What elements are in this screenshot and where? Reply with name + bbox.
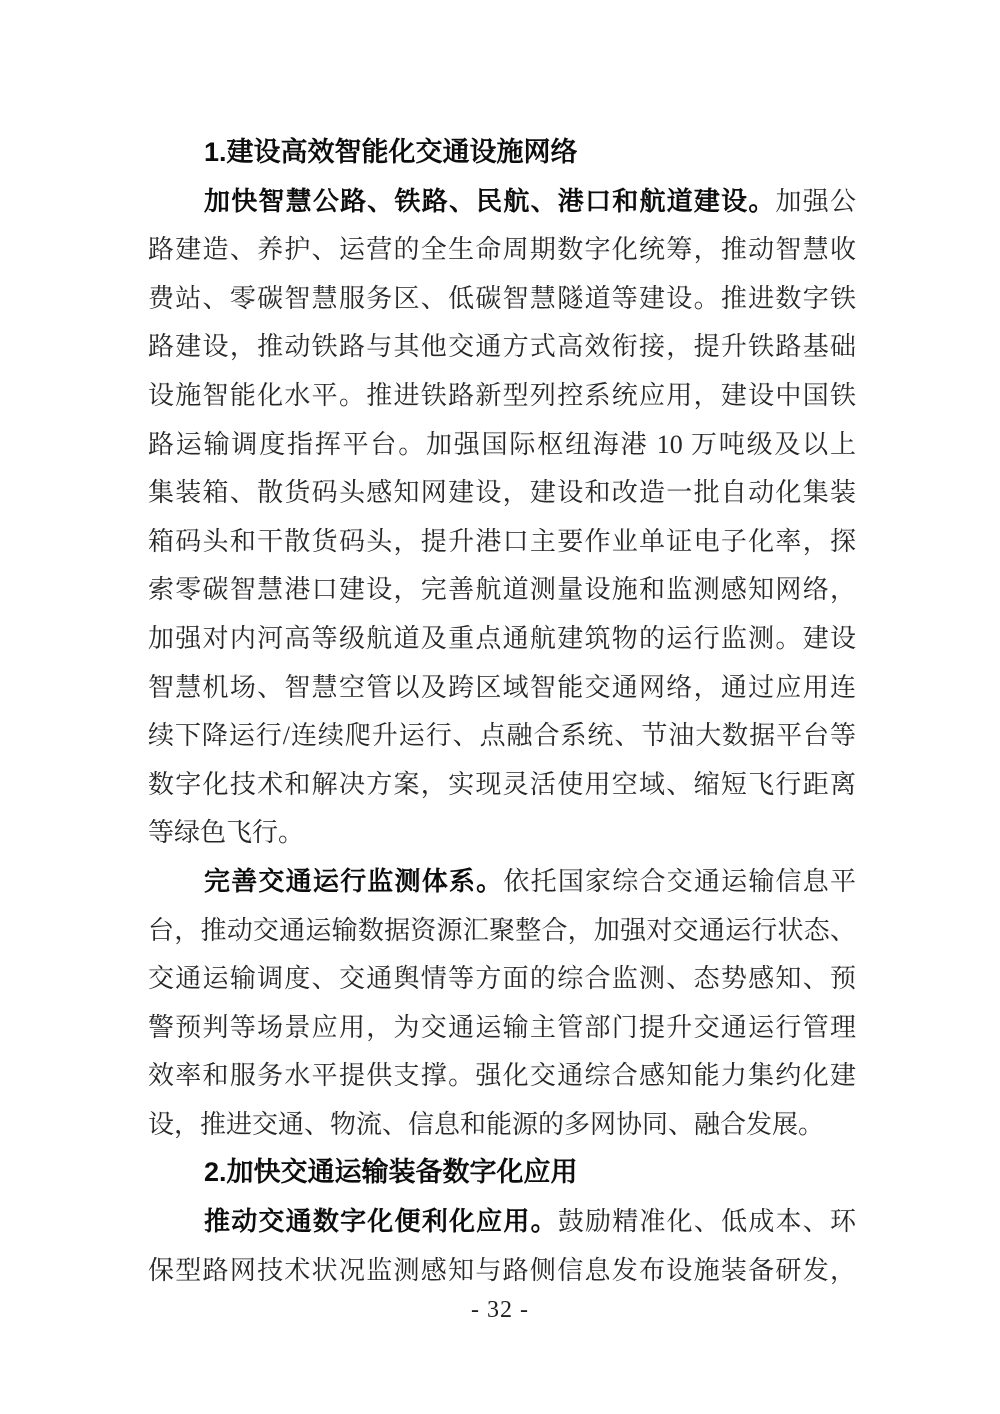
text-line: 智慧机场、智慧空管以及跨区域智能交通网络，通过应用连 xyxy=(148,663,856,712)
regular-run: 设，推进交通、物流、信息和能源的多网协同、融合发展。 xyxy=(148,1110,824,1139)
regular-run: 费站、零碳智慧服务区、低碳智慧隧道等建设。推进数字铁 xyxy=(148,284,856,313)
text-line: 设施智能化水平。推进铁路新型列控系统应用，建设中国铁 xyxy=(148,371,856,420)
text-line: 2.加快交通运输装备数字化应用 xyxy=(148,1148,856,1197)
text-line: 索零碳智慧港口建设，完善航道测量设施和监测感知网络， xyxy=(148,565,856,614)
regular-run: 路建设，推动铁路与其他交通方式高效衔接，提升铁路基础 xyxy=(148,332,856,361)
text-line: 1.建设高效智能化交通设施网络 xyxy=(148,128,856,177)
bold-run: 推动交通数字化便利化应用。 xyxy=(204,1206,558,1236)
regular-run: 鼓励精准化、低成本、环 xyxy=(558,1207,856,1236)
text-line: 集装箱、散货码头感知网建设，建设和改造一批自动化集装 xyxy=(148,468,856,517)
text-line: 续下降运行/连续爬升运行、点融合系统、节油大数据平台等 xyxy=(148,711,856,760)
text-line: 路建设，推动铁路与其他交通方式高效衔接，提升铁路基础 xyxy=(148,322,856,371)
text-line: 等绿色飞行。 xyxy=(148,808,856,857)
document-body: 1.建设高效智能化交通设施网络加快智慧公路、铁路、民航、港口和航道建设。加强公路… xyxy=(148,128,856,1294)
bold-run: 2.加快交通运输装备数字化应用 xyxy=(204,1157,578,1187)
regular-run: 加强对内河高等级航道及重点通航建筑物的运行监测。建设 xyxy=(148,624,856,653)
document-page: 1.建设高效智能化交通设施网络加快智慧公路、铁路、民航、港口和航道建设。加强公路… xyxy=(0,0,1000,1414)
text-line: 加强对内河高等级航道及重点通航建筑物的运行监测。建设 xyxy=(148,614,856,663)
regular-run: 路建造、养护、运营的全生命周期数字化统筹，推动智慧收 xyxy=(148,235,856,264)
regular-run: 效率和服务水平提供支撑。强化交通综合感知能力集约化建 xyxy=(148,1061,856,1090)
text-line: 台，推动交通运输数据资源汇聚整合，加强对交通运行状态、 xyxy=(148,906,856,955)
text-line: 警预判等场景应用，为交通运输主管部门提升交通运行管理 xyxy=(148,1003,856,1052)
regular-run: 依托国家综合交通运输信息平 xyxy=(503,867,856,896)
regular-run: 交通运输调度、交通舆情等方面的综合监测、态势感知、预 xyxy=(148,964,856,993)
text-line: 数字化技术和解决方案，实现灵活使用空域、缩短飞行距离 xyxy=(148,760,856,809)
text-line: 路建造、养护、运营的全生命周期数字化统筹，推动智慧收 xyxy=(148,225,856,274)
text-line: 保型路网技术状况监测感知与路侧信息发布设施装备研发， xyxy=(148,1246,856,1295)
text-line: 推动交通数字化便利化应用。鼓励精准化、低成本、环 xyxy=(148,1197,856,1246)
regular-run: 索零碳智慧港口建设，完善航道测量设施和监测感知网络， xyxy=(148,575,856,604)
regular-run: 智慧机场、智慧空管以及跨区域智能交通网络，通过应用连 xyxy=(148,673,856,702)
bold-run: 1.建设高效智能化交通设施网络 xyxy=(204,137,578,167)
regular-run: 等绿色飞行。 xyxy=(148,818,304,847)
regular-run: 续下降运行/连续爬升运行、点融合系统、节油大数据平台等 xyxy=(148,721,856,750)
text-line: 完善交通运行监测体系。依托国家综合交通运输信息平 xyxy=(148,857,856,906)
regular-run: 设施智能化水平。推进铁路新型列控系统应用，建设中国铁 xyxy=(148,381,856,410)
text-line: 费站、零碳智慧服务区、低碳智慧隧道等建设。推进数字铁 xyxy=(148,274,856,323)
regular-run: 警预判等场景应用，为交通运输主管部门提升交通运行管理 xyxy=(148,1013,856,1042)
regular-run: 台，推动交通运输数据资源汇聚整合，加强对交通运行状态、 xyxy=(148,916,856,945)
regular-run: 集装箱、散货码头感知网建设，建设和改造一批自动化集装 xyxy=(148,478,856,507)
text-line: 设，推进交通、物流、信息和能源的多网协同、融合发展。 xyxy=(148,1100,856,1149)
regular-run: 数字化技术和解决方案，实现灵活使用空域、缩短飞行距离 xyxy=(148,770,856,799)
bold-run: 加快智慧公路、铁路、民航、港口和航道建设。 xyxy=(204,186,776,216)
text-line: 路运输调度指挥平台。加强国际枢纽海港 10 万吨级及以上 xyxy=(148,420,856,469)
bold-run: 完善交通运行监测体系。 xyxy=(204,866,503,896)
text-line: 加快智慧公路、铁路、民航、港口和航道建设。加强公 xyxy=(148,177,856,226)
regular-run: 路运输调度指挥平台。加强国际枢纽海港 10 万吨级及以上 xyxy=(148,430,856,459)
regular-run: 箱码头和干散货码头，提升港口主要作业单证电子化率，探 xyxy=(148,527,856,556)
text-line: 交通运输调度、交通舆情等方面的综合监测、态势感知、预 xyxy=(148,954,856,1003)
text-line: 箱码头和干散货码头，提升港口主要作业单证电子化率，探 xyxy=(148,517,856,566)
regular-run: 保型路网技术状况监测感知与路侧信息发布设施装备研发， xyxy=(148,1256,856,1285)
text-line: 效率和服务水平提供支撑。强化交通综合感知能力集约化建 xyxy=(148,1051,856,1100)
regular-run: 加强公 xyxy=(776,187,856,216)
page-number: - 32 - xyxy=(0,1297,1000,1324)
